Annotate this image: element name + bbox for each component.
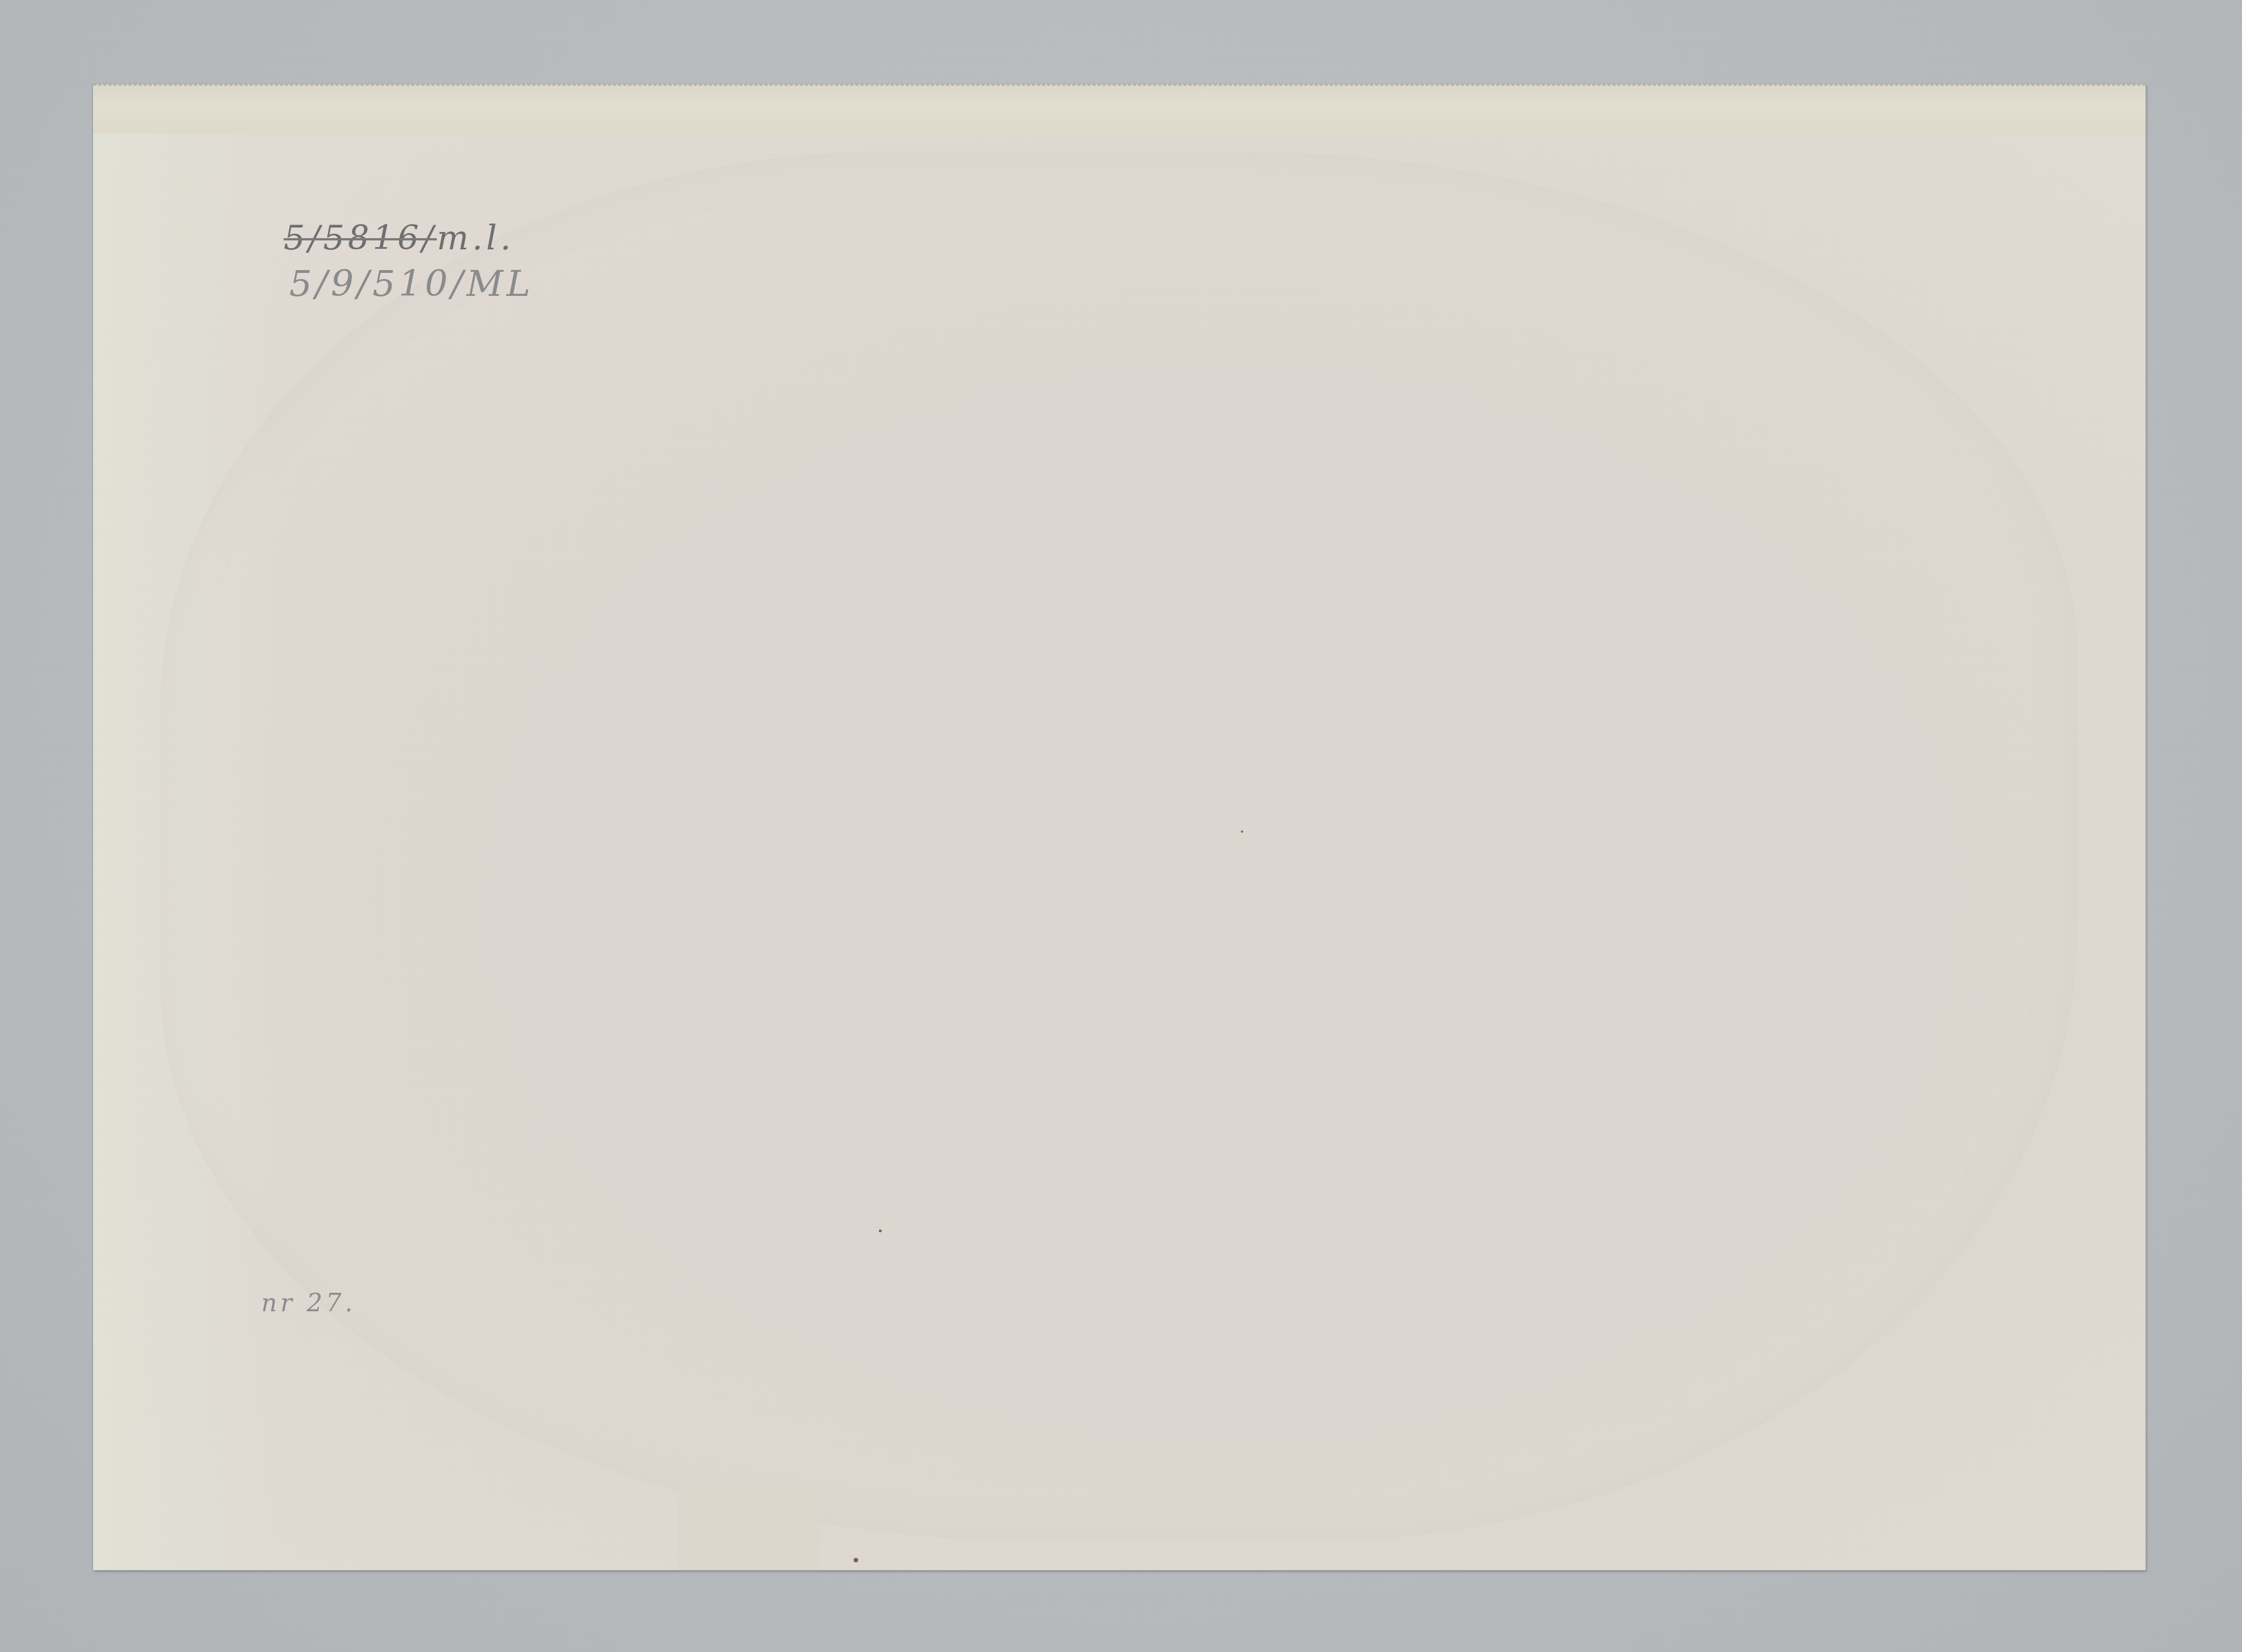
paper-repair-patch bbox=[678, 1489, 820, 1570]
hinge-tape-strip bbox=[93, 84, 2146, 135]
inscription-number: nr 27. bbox=[261, 1289, 356, 1317]
inscription-inventory-old: 5/5816/m.l. bbox=[284, 219, 515, 258]
inscription-suffix: m.l. bbox=[437, 219, 514, 258]
paper-sheet: 5/5816/m.l. 5/9/510/ML nr 27. bbox=[93, 84, 2146, 1570]
moisture-stain-outline bbox=[160, 151, 2077, 1541]
dirt-speck bbox=[879, 1229, 882, 1232]
left-discoloration-band bbox=[93, 133, 278, 1570]
inscription-inventory-new: 5/9/510/ML bbox=[289, 263, 534, 305]
inscription-struck-number: 5/5816/ bbox=[284, 219, 437, 258]
dirt-speck bbox=[854, 1558, 858, 1562]
dirt-speck bbox=[1241, 830, 1243, 833]
